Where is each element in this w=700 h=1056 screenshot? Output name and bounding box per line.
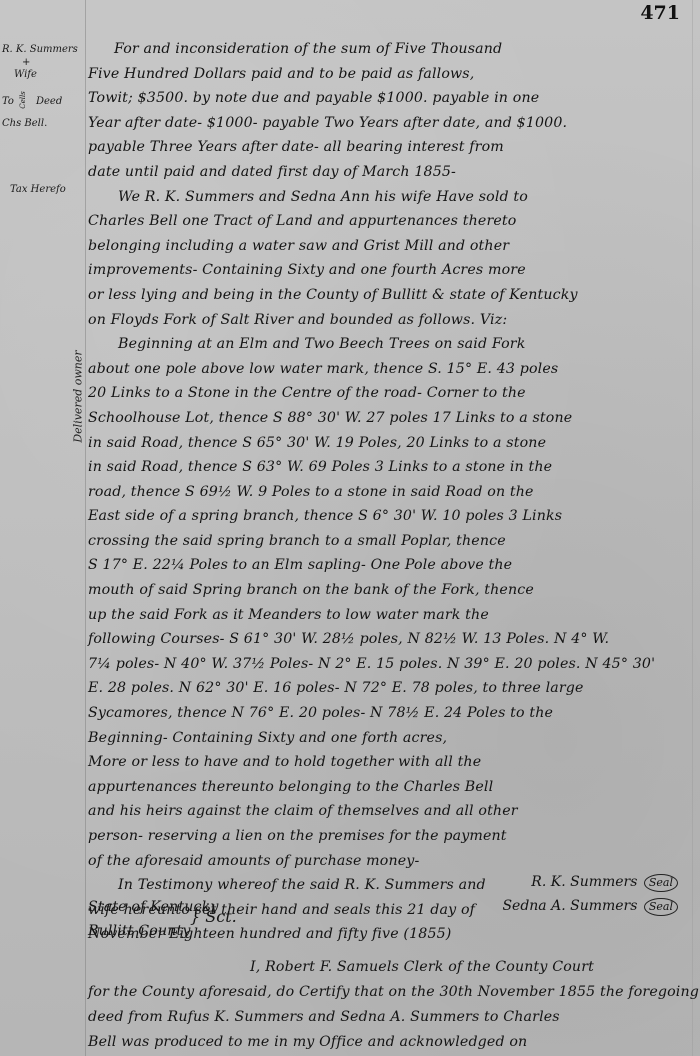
venue-sct: } Sct.: [190, 907, 237, 926]
signature-name: Sedna A. Summers: [502, 898, 637, 914]
deed-line: 7¼ poles- N 40° W. 37½ Poles- N 2° E. 15…: [88, 652, 688, 677]
deed-line: Beginning- Containing Sixty and one fort…: [88, 726, 688, 751]
deed-line: Five Hundred Dollars paid and to be paid…: [88, 62, 688, 87]
deed-line: Charles Bell one Tract of Land and appur…: [88, 209, 688, 234]
margin-note-tax: Tax Herefo: [10, 184, 66, 195]
certificate-line: for the County aforesaid, do Certify tha…: [88, 980, 688, 1005]
deed-line: mouth of said Spring branch on the bank …: [88, 578, 688, 603]
margin-note-grantor: R. K. Summers: [2, 44, 78, 55]
margin-note-deed: Deed: [36, 96, 62, 107]
deed-line: E. 28 poles. N 62° 30' E. 16 poles- N 72…: [88, 676, 688, 701]
seal-icon: Seal: [644, 898, 678, 916]
signature-sedna-summers: Sedna A. Summers Seal: [502, 894, 678, 918]
clerk-certificate: I, Robert F. Samuels Clerk of the County…: [88, 955, 688, 1055]
page-number: 471: [640, 2, 680, 24]
deed-line: in said Road, thence S 65° 30' W. 19 Pol…: [88, 431, 688, 456]
deed-line: Year after date- $1000- payable Two Year…: [88, 111, 688, 136]
deed-line: 20 Links to a Stone in the Centre of the…: [88, 381, 688, 406]
margin-note-grantee: Chs Bell.: [2, 118, 47, 129]
certificate-line: deed from Rufus K. Summers and Sedna A. …: [88, 1005, 688, 1030]
deed-line: S 17° E. 22¼ Poles to an Elm sapling- On…: [88, 553, 688, 578]
deed-line: person- reserving a lien on the premises…: [88, 824, 688, 849]
deed-line: East side of a spring branch, thence S 6…: [88, 504, 688, 529]
deed-body: For and inconsideration of the sum of Fi…: [88, 37, 688, 947]
deed-line: up the said Fork as it Meanders to low w…: [88, 603, 688, 628]
signature-block: R. K. Summers Seal Sedna A. Summers Seal: [502, 870, 678, 918]
deed-line: about one pole above low water mark, the…: [88, 357, 688, 382]
deed-line: crossing the said spring branch to a sma…: [88, 529, 688, 554]
deed-line: improvements- Containing Sixty and one f…: [88, 258, 688, 283]
deed-line: For and inconsideration of the sum of Fi…: [88, 37, 688, 62]
deed-line: Beginning at an Elm and Two Beech Trees …: [88, 332, 688, 357]
signature-name: R. K. Summers: [531, 874, 637, 890]
deed-line: appurtenances thereunto belonging to the…: [88, 775, 688, 800]
deed-line: We R. K. Summers and Sedna Ann his wife …: [88, 185, 688, 210]
deed-line: and his heirs against the claim of thems…: [88, 799, 688, 824]
deed-line: Schoolhouse Lot, thence S 88° 30' W. 27 …: [88, 406, 688, 431]
deed-line: Sycamores, thence N 76° E. 20 poles- N 7…: [88, 701, 688, 726]
deed-line: payable Three Years after date- all bear…: [88, 135, 688, 160]
deed-line: following Courses- S 61° 30' W. 28½ pole…: [88, 627, 688, 652]
margin-note-to: To: [2, 96, 14, 107]
deed-line: More or less to have and to hold togethe…: [88, 750, 688, 775]
left-margin-rule: [85, 0, 86, 1056]
margin-note-plus: +: [22, 57, 30, 68]
deed-line: date until paid and dated first day of M…: [88, 160, 688, 185]
certificate-line: I, Robert F. Samuels Clerk of the County…: [88, 955, 688, 980]
seal-icon: Seal: [644, 874, 678, 892]
signature-rk-summers: R. K. Summers Seal: [502, 870, 678, 894]
margin-note-bracket: Cells: [19, 91, 27, 109]
right-margin-rule: [692, 0, 693, 1056]
margin-note-wife: Wife: [14, 69, 37, 80]
deed-line: belonging including a water saw and Gris…: [88, 234, 688, 259]
deed-line: road, thence S 69½ W. 9 Poles to a stone…: [88, 480, 688, 505]
margin-note-delivered: Delivered owner: [72, 350, 85, 442]
deed-line: or less lying and being in the County of…: [88, 283, 688, 308]
deed-line: Towit; $3500. by note due and payable $1…: [88, 86, 688, 111]
ledger-page: 471 R. K. Summers + Wife To Cells Deed C…: [0, 0, 700, 1056]
deed-line: on Floyds Fork of Salt River and bounded…: [88, 308, 688, 333]
certificate-line: Bell was produced to me in my Office and…: [88, 1030, 688, 1055]
deed-line: in said Road, thence S 63° W. 69 Poles 3…: [88, 455, 688, 480]
